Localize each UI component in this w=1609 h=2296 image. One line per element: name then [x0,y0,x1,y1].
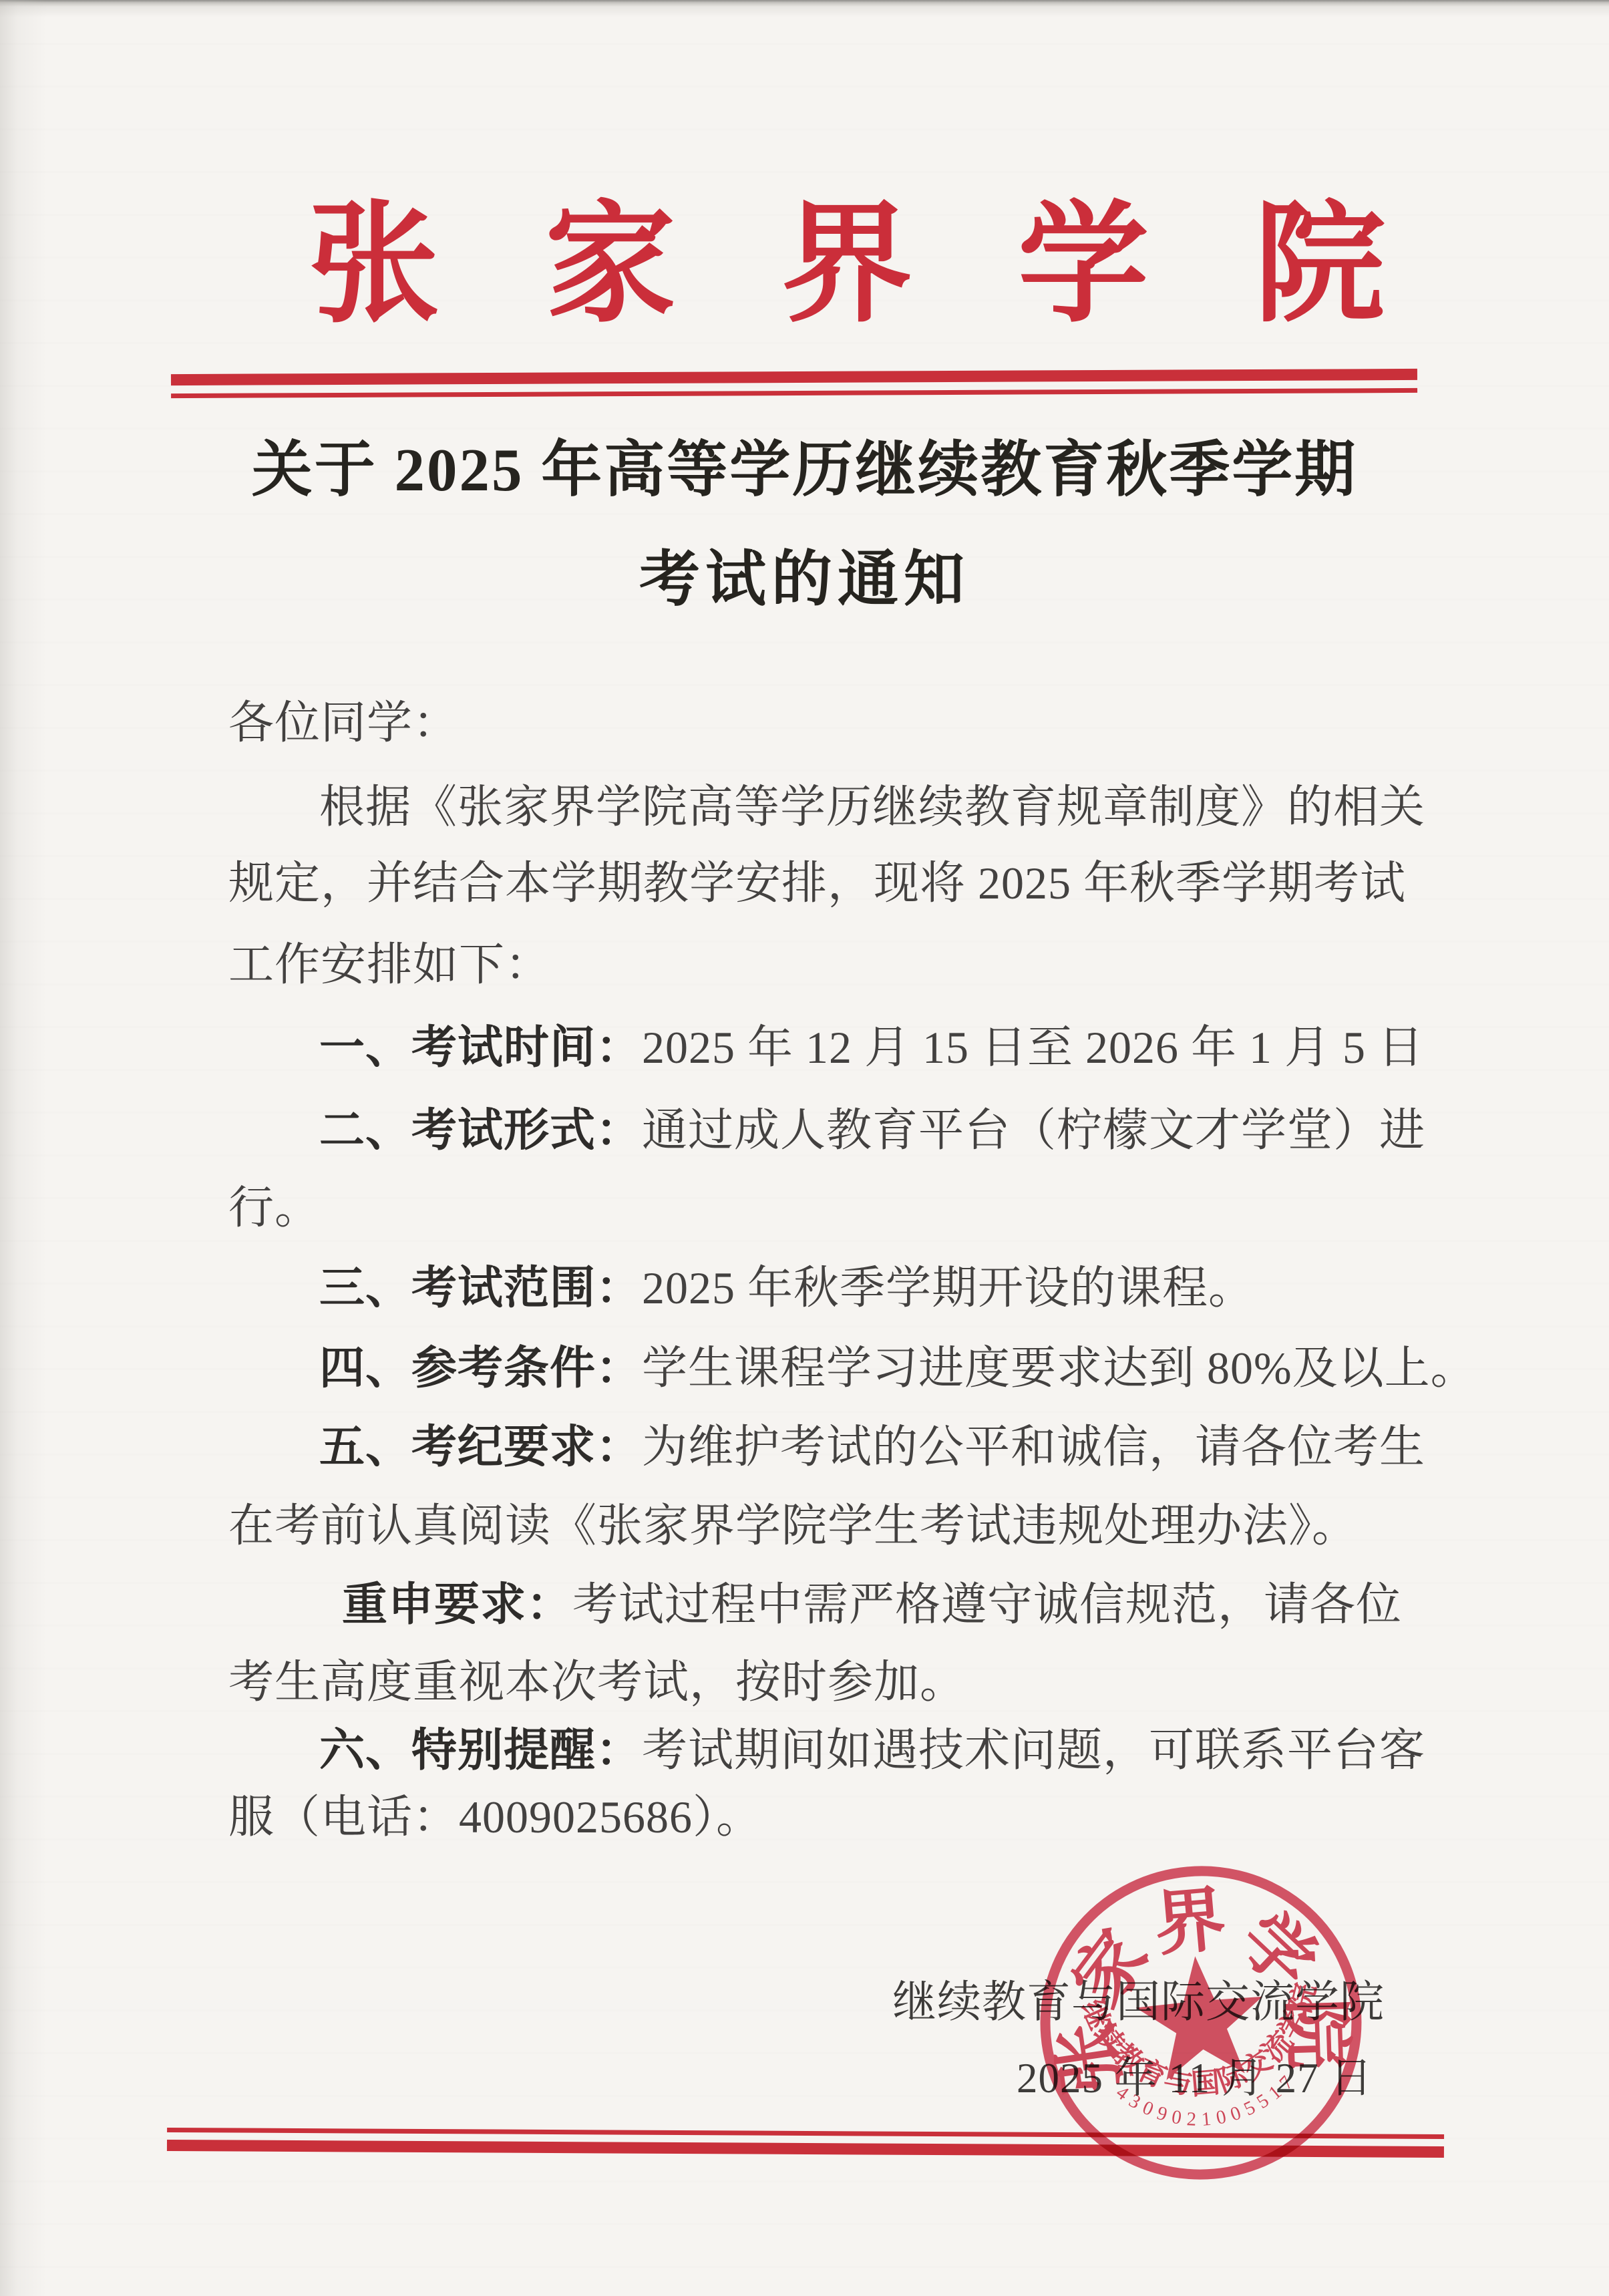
header-divider-thick-line [171,369,1417,385]
body-line-exam-format: 二、考试形式：通过成人教育平台（柠檬文才学堂）进 [319,1104,1425,1157]
official-seal: 张家界学院 继续教育与国际交流学院 4309021005517 [1020,1842,1382,2204]
body-line-exam-time: 一、考试时间：2025 年 12 月 15 日至 2026 年 1 月 5 日 [319,1021,1424,1074]
body-line-exam-scope: 三、考试范围：2025 年秋季学期开设的课程。 [319,1261,1254,1315]
header-divider-thin-line [171,388,1417,398]
header-divider [171,369,1417,398]
body-line: 工作安排如下： [228,938,551,991]
body-line: 根据《张家界学院高等学历继续教育规章制度》的相关 [319,780,1425,834]
body-line-reiterate: 重申要求：考试过程中需严格遵守诚信规范，请各位 [342,1578,1402,1631]
notice-title-line1: 关于 2025 年高等学历继续教育秋季学期 [0,433,1609,508]
body-line-special-reminder: 六、特别提醒：考试期间如遇技术问题，可联系平台客 [319,1724,1425,1777]
body-line: 行。 [228,1181,321,1235]
body-line: 规定，并结合本学期教学安排，现将 2025 年秋季学期考试 [228,856,1406,910]
body-line-salutation: 各位同学： [228,696,459,750]
letterhead-school-name: 张家界学院 [309,195,1491,337]
body-line-exam-requirement: 四、参考条件：学生课程学习进度要求达到 80%及以上。 [319,1341,1477,1395]
notice-title-line2: 考试的通知 [0,542,1609,617]
body-line-hotline: 服（电话：4009025686）。 [228,1790,762,1844]
body-line-discipline: 五、考纪要求：为维护考试的公平和诚信，请各位考生 [319,1420,1425,1474]
scanned-notice-page: 张家界学院 关于 2025 年高等学历继续教育秋季学期 考试的通知 各位同学： … [0,0,1609,2296]
body-line: 考生高度重视本次考试，按时参加。 [228,1655,966,1709]
body-line: 在考前认真阅读《张家界学院学生考试违规处理办法》。 [228,1499,1358,1552]
